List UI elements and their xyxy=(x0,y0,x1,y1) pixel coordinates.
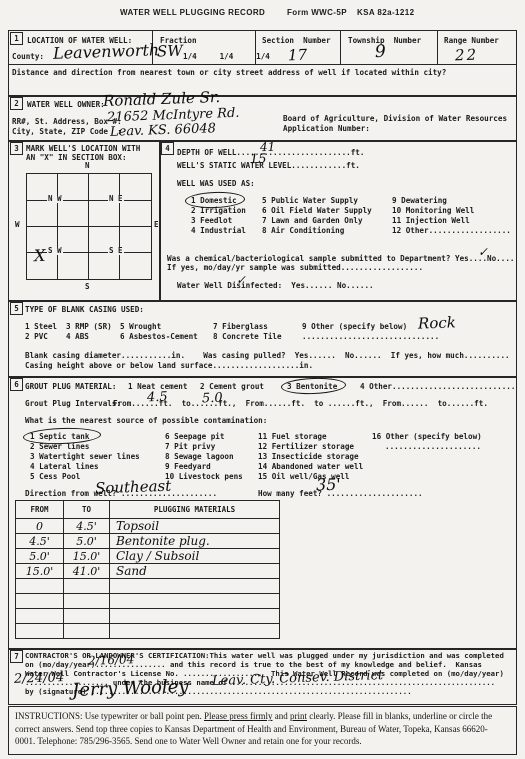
table-row xyxy=(16,579,280,594)
instructions-underlined-print: print xyxy=(290,711,307,721)
disinfected-yes-checkmark: ✓ xyxy=(236,273,247,287)
cell-from xyxy=(16,609,64,624)
casing-option-fiberglass: 7 Fiberglass xyxy=(213,322,268,331)
well-location-x-mark: X xyxy=(34,246,46,265)
interval-to-handwritten: 5.0 xyxy=(202,391,223,407)
casing-option-wrought: 5 Wrought xyxy=(120,322,161,331)
township-number-handwritten: 9 xyxy=(375,42,387,62)
cell-from xyxy=(16,624,64,639)
used-as-option-feedlot: 3 Feedlot xyxy=(191,216,232,225)
contamination-watertight-sewer: 3 Watertight sewer lines xyxy=(30,452,140,461)
grid-hline xyxy=(27,252,151,253)
table-row xyxy=(16,624,280,639)
cell-from: 5.0' xyxy=(16,549,64,564)
contamination-seepage-pit: 6 Seepage pit xyxy=(165,432,224,441)
section6-number: 6 xyxy=(10,378,23,391)
section7-number: 7 xyxy=(10,650,23,663)
table-row: 4.5'5.0'Bentonite plug. xyxy=(16,534,280,549)
section-number-label: Section Number xyxy=(262,36,331,45)
form-number: Form WWC-5P xyxy=(287,8,347,17)
compass-nw-label: N W xyxy=(47,195,63,203)
application-number-label: Application Number: xyxy=(283,124,370,133)
used-as-option-air-conditioning: 8 Air Conditioning xyxy=(262,226,344,235)
compass-west-label: W xyxy=(14,221,21,229)
owner-label: WATER WELL OWNER: xyxy=(27,100,105,109)
cell-to xyxy=(64,609,110,624)
section5-title: TYPE OF BLANK CASING USED: xyxy=(25,305,144,314)
direction-handwritten-value: Southeast xyxy=(95,477,172,498)
blank-casing-diameter-line: Blank casing diameter...........in. Was … xyxy=(25,351,510,360)
contamination-cess-pool: 5 Cess Pool xyxy=(30,472,80,481)
signature-handwritten: Jerry Wooley xyxy=(72,676,189,701)
section-number-handwritten: 17 xyxy=(288,46,308,65)
cell-to: 5.0' xyxy=(64,534,110,549)
casing-other-dotted-line: .............................. xyxy=(302,332,439,341)
used-as-option-injection: 11 Injection Well xyxy=(392,216,470,225)
section1-number: 1 xyxy=(10,32,23,45)
record-date-handwritten: 2/24/04 xyxy=(14,670,65,687)
grid-hline xyxy=(27,200,151,201)
cell-material: Sand xyxy=(110,564,280,579)
cell-material xyxy=(110,624,280,639)
chemical-sample-if-yes-line: If yes, mo/day/yr sample was submitted..… xyxy=(167,263,423,272)
compass-se-label: S E xyxy=(108,247,124,255)
chemical-sample-question: Was a chemical/bacteriological sample su… xyxy=(167,254,514,263)
form-statute: KSA 82a-1212 xyxy=(357,8,414,17)
table-row: 04.5'Topsoil xyxy=(16,519,280,534)
casing-option-rmp: 3 RMP (SR) xyxy=(66,322,112,331)
compass-south-label: S xyxy=(84,283,91,291)
grid-hline xyxy=(27,226,151,227)
contamination-question: What is the nearest source of possible c… xyxy=(25,416,267,425)
cell-material xyxy=(110,579,280,594)
section4-number: 4 xyxy=(161,142,174,155)
date-completed-handwritten: 2/16/04 xyxy=(88,652,135,668)
section1-col-divider-4 xyxy=(437,30,438,64)
disinfected-line: Water Well Disinfected: Yes...... No....… xyxy=(177,281,374,290)
compass-north-label: N xyxy=(84,162,91,170)
contamination-livestock-pens: 10 Livestock pens xyxy=(165,472,243,481)
instructions-text: INSTRUCTIONS: Use typewriter or ball poi… xyxy=(9,707,514,751)
well-used-as-label: WELL WAS USED AS: xyxy=(177,179,255,188)
used-as-option-industrial: 4 Industrial xyxy=(191,226,246,235)
grout-intervals-line: From......ft. to......ft., From......ft.… xyxy=(113,399,488,408)
water-well-plugging-record-form: WATER WELL PLUGGING RECORD Form WWC-5P K… xyxy=(0,0,525,759)
city-state-zip-label: City, State, ZIP Code : xyxy=(12,127,122,136)
county-label: County: xyxy=(12,52,44,61)
instructions-underlined-press-firmly: Please press firmly xyxy=(204,711,272,721)
used-as-option-lawn-garden: 7 Lawn and Garden Only xyxy=(262,216,363,225)
contamination-pit-privy: 7 Pit privy xyxy=(165,442,215,451)
form-title: WATER WELL PLUGGING RECORD xyxy=(120,8,265,17)
cell-to: 15.0' xyxy=(64,549,110,564)
cell-to: 41.0' xyxy=(64,564,110,579)
table-row xyxy=(16,594,280,609)
feet-handwritten-value: 35' xyxy=(316,475,341,495)
used-as-option-other: 12 Other.................. xyxy=(392,226,511,235)
section3-title-line1: MARK WELL'S LOCATION WITH xyxy=(26,144,140,153)
chemical-sample-no-checkmark: ✓ xyxy=(478,245,489,259)
casing-option-steel: 1 Steel xyxy=(25,322,57,331)
static-level-handwritten-value: 15 xyxy=(250,152,267,168)
section3-number: 3 xyxy=(10,142,23,155)
address-label: RR#, St. Address, Box #: xyxy=(12,117,122,126)
contamination-lateral-lines: 4 Lateral lines xyxy=(30,462,99,471)
cell-from: 15.0' xyxy=(16,564,64,579)
cell-to xyxy=(64,579,110,594)
range-number-label: Range Number xyxy=(444,36,499,45)
instructions-part1: INSTRUCTIONS: Use typewriter or ball poi… xyxy=(15,711,204,721)
contamination-feedyard: 9 Feedyard xyxy=(165,462,211,471)
compass-ne-label: N E xyxy=(108,195,124,203)
cell-material xyxy=(110,594,280,609)
compass-sw-label: S W xyxy=(47,247,63,255)
casing-option-pvc: 2 PVC xyxy=(25,332,48,341)
used-as-option-monitoring: 10 Monitoring Well xyxy=(392,206,474,215)
instructions-part2: and xyxy=(272,711,290,721)
table-row: 15.0'41.0'Sand xyxy=(16,564,280,579)
county-handwritten-value: Leavenworth xyxy=(53,40,160,63)
table-row: 5.0'15.0'Clay / Subsoil xyxy=(16,549,280,564)
contamination-insecticide-storage: 13 Insecticide storage xyxy=(258,452,359,461)
casing-other-handwritten-value: Rock xyxy=(418,313,456,332)
agency-label: Board of Agriculture, Division of Water … xyxy=(283,114,507,123)
casing-option-abs: 4 ABS xyxy=(66,332,89,341)
contamination-abandoned-well: 14 Abandoned water well xyxy=(258,462,363,471)
static-water-level-line: WELL'S STATIC WATER LEVEL............ft. xyxy=(177,161,360,170)
cell-to xyxy=(64,624,110,639)
plugging-materials-table: FROM TO PLUGGING MATERIALS 04.5'Topsoil … xyxy=(15,500,280,639)
cell-material: Topsoil xyxy=(110,519,280,534)
cell-material xyxy=(110,609,280,624)
fraction-handwritten-value: SW xyxy=(157,42,183,61)
column-header-to: TO xyxy=(64,501,110,519)
used-as-option-oil-field: 6 Oil Field Water Supply xyxy=(262,206,372,215)
cell-material: Bentonite plug. xyxy=(110,534,280,549)
column-header-materials: PLUGGING MATERIALS xyxy=(110,501,280,519)
contamination-sewage-lagoon: 8 Sewage lagoon xyxy=(165,452,234,461)
contamination-other-label: 16 Other (specify below) xyxy=(372,432,482,441)
cell-material: Clay / Subsoil xyxy=(110,549,280,564)
grout-plug-material-label: GROUT PLUG MATERIAL: xyxy=(25,382,116,391)
range-number-handwritten: 22 xyxy=(455,46,479,65)
casing-option-asbestos: 6 Asbestos-Cement xyxy=(120,332,198,341)
grout-option-cement-grout: 2 Cement grout xyxy=(200,382,264,391)
table-header-row: FROM TO PLUGGING MATERIALS xyxy=(16,501,280,519)
contamination-other-dotted-line: ..................... xyxy=(385,442,481,451)
section5-number: 5 xyxy=(10,302,23,315)
distance-question: Distance and direction from nearest town… xyxy=(12,68,446,77)
grout-intervals-label: Grout Plug Intervals: xyxy=(25,399,121,408)
cell-to xyxy=(64,594,110,609)
contamination-fuel-storage: 11 Fuel storage xyxy=(258,432,327,441)
column-header-from: FROM xyxy=(16,501,64,519)
contamination-fertilizer-storage: 12 Fertilizer storage xyxy=(258,442,354,451)
section1-col-divider-3 xyxy=(340,30,341,64)
section3-title-line2: AN "X" IN SECTION BOX: xyxy=(26,153,127,162)
cell-from: 4.5' xyxy=(16,534,64,549)
used-as-option-dewatering: 9 Dewatering xyxy=(392,196,447,205)
casing-option-other: 9 Other (specify below) xyxy=(302,322,407,331)
cell-from xyxy=(16,594,64,609)
cell-from xyxy=(16,579,64,594)
table-row xyxy=(16,609,280,624)
casing-option-concrete-tile: 8 Concrete Tile xyxy=(213,332,282,341)
casing-height-line: Casing height above or below land surfac… xyxy=(25,361,313,370)
section1-divider xyxy=(8,64,516,65)
cell-from: 0 xyxy=(16,519,64,534)
grout-option-other: 4 Other........................... xyxy=(360,382,515,391)
cell-to: 4.5' xyxy=(64,519,110,534)
section2-number: 2 xyxy=(10,97,23,110)
used-as-option-public-supply: 5 Public Water Supply xyxy=(262,196,358,205)
interval-from-handwritten: 4.5 xyxy=(147,390,168,406)
fraction-printed: 1/4 1/4 1/4 xyxy=(183,52,270,61)
